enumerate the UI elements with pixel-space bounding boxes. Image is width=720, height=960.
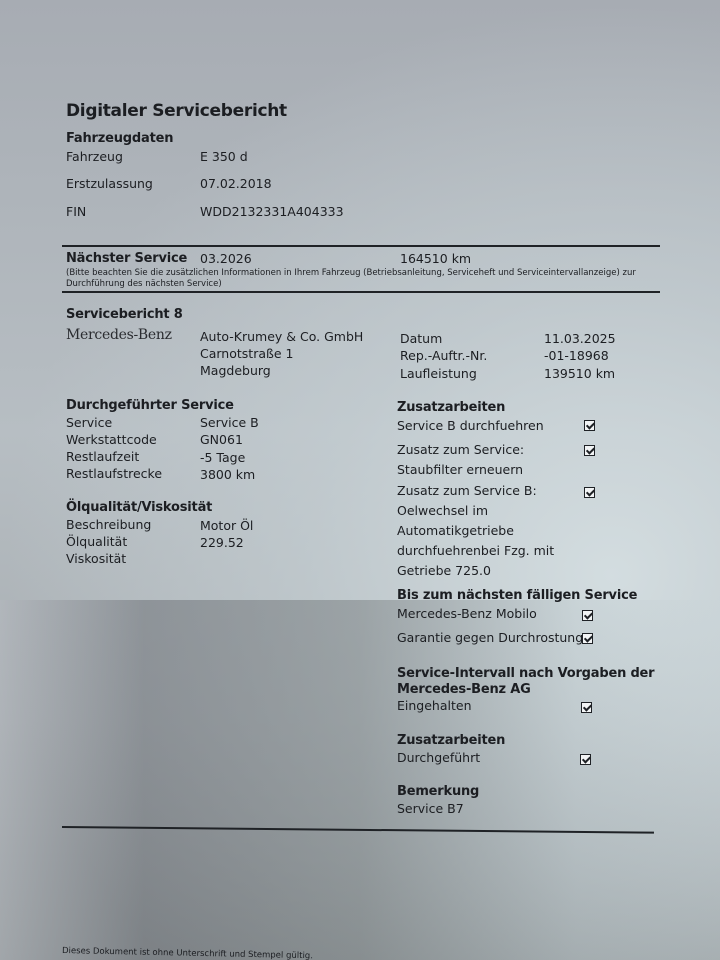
remark-text: Service B7 [397,801,464,816]
vehicle-label-registration: Erstzulassung [66,176,153,191]
photo-shading [0,600,720,960]
next-service-label: Nächster Service [66,251,187,266]
oil-label-quality: Ölqualität [66,534,127,549]
next-service-mileage: 164510 km [400,251,471,266]
dealer-street: Carnotstraße 1 [200,346,293,361]
performed-label-service: Service [66,415,112,430]
performed-label-remaining-time: Restlaufzeit [66,449,139,464]
remark-heading: Bemerkung [397,784,479,799]
checkbox-transmission-oil[interactable] [584,487,595,498]
checkbox-service-b[interactable] [584,420,595,431]
until-next-service-item-1: Mercedes-Benz Mobilo [397,606,537,621]
oil-value-quality: 229.52 [200,535,244,550]
checkbox-interval-kept[interactable] [581,702,592,713]
vehicle-value-registration: 07.02.2018 [200,176,272,191]
meta-value-date: 11.03.2025 [544,331,616,346]
additional-work-2-heading: Zusatzarbeiten [397,733,505,748]
oil-value-description: Motor Öl [200,518,253,533]
next-service-date: 03.2026 [200,251,252,266]
mercedes-benz-logo: Mercedes-Benz [66,327,172,343]
performed-label-remaining-distance: Restlaufstrecke [66,466,162,481]
additional-work-heading: Zusatzarbeiten [397,400,505,415]
additional-work-2-item-1: Durchgeführt [397,750,480,765]
oil-label-viscosity: Viskosität [66,551,126,566]
meta-value-order-number: -01-18968 [544,348,609,363]
meta-value-mileage: 139510 km [544,366,615,381]
vehicle-heading: Fahrzeugdaten [66,131,173,146]
checkbox-rust-warranty[interactable] [582,633,593,644]
until-next-service-item-2: Garantie gegen Durchrostung [397,630,583,645]
checkbox-performed[interactable] [580,754,591,765]
divider-bottom [62,291,660,293]
report-heading: Servicebericht 8 [66,307,183,322]
service-interval-heading-line1: Service-Intervall nach Vorgaben der [397,666,654,681]
additional-work-item-2: Zusatz zum Service: Staubfilter erneuern [397,440,577,480]
additional-work-item-1: Service B durchfuehren [397,418,544,433]
until-next-service-heading: Bis zum nächsten fälligen Service [397,588,637,603]
performed-value-remaining-distance: 3800 km [200,467,255,482]
dealer-name: Auto-Krumey & Co. GmbH [200,329,363,344]
meta-label-date: Datum [400,331,442,346]
vehicle-label-vin: FIN [66,204,86,219]
next-service-note-line1: (Bitte beachten Sie die zusätzlichen Inf… [66,268,636,279]
performed-value-remaining-time: -5 Tage [200,450,245,465]
footer-note: Dieses Dokument ist ohne Unterschrift un… [62,946,313,960]
performed-value-workshop-code: GN061 [200,432,243,447]
checkbox-dust-filter[interactable] [584,445,595,456]
oil-heading: Ölqualität/Viskosität [66,500,212,515]
checkbox-mobilo[interactable] [582,610,593,621]
service-interval-heading-line2: Mercedes-Benz AG [397,682,531,697]
oil-label-description: Beschreibung [66,517,151,532]
performed-value-service: Service B [200,415,259,430]
meta-label-order-number: Rep.-Auftr.-Nr. [400,348,487,363]
performed-service-heading: Durchgeführter Service [66,398,234,413]
next-service-note-line2: Durchführung des nächsten Service) [66,279,222,290]
performed-label-workshop-code: Werkstattcode [66,432,157,447]
vehicle-value-vin: WDD2132331A404333 [200,204,344,219]
divider-end [62,826,654,833]
meta-label-mileage: Laufleistung [400,366,477,381]
vehicle-value-model: E 350 d [200,149,248,164]
additional-work-item-3: Zusatz zum Service B: Oelwechsel im Auto… [397,481,557,581]
divider-top [62,245,660,247]
vehicle-label-model: Fahrzeug [66,149,123,164]
service-interval-item-1: Eingehalten [397,698,472,713]
dealer-city: Magdeburg [200,363,271,378]
document-title: Digitaler Servicebericht [66,101,287,121]
